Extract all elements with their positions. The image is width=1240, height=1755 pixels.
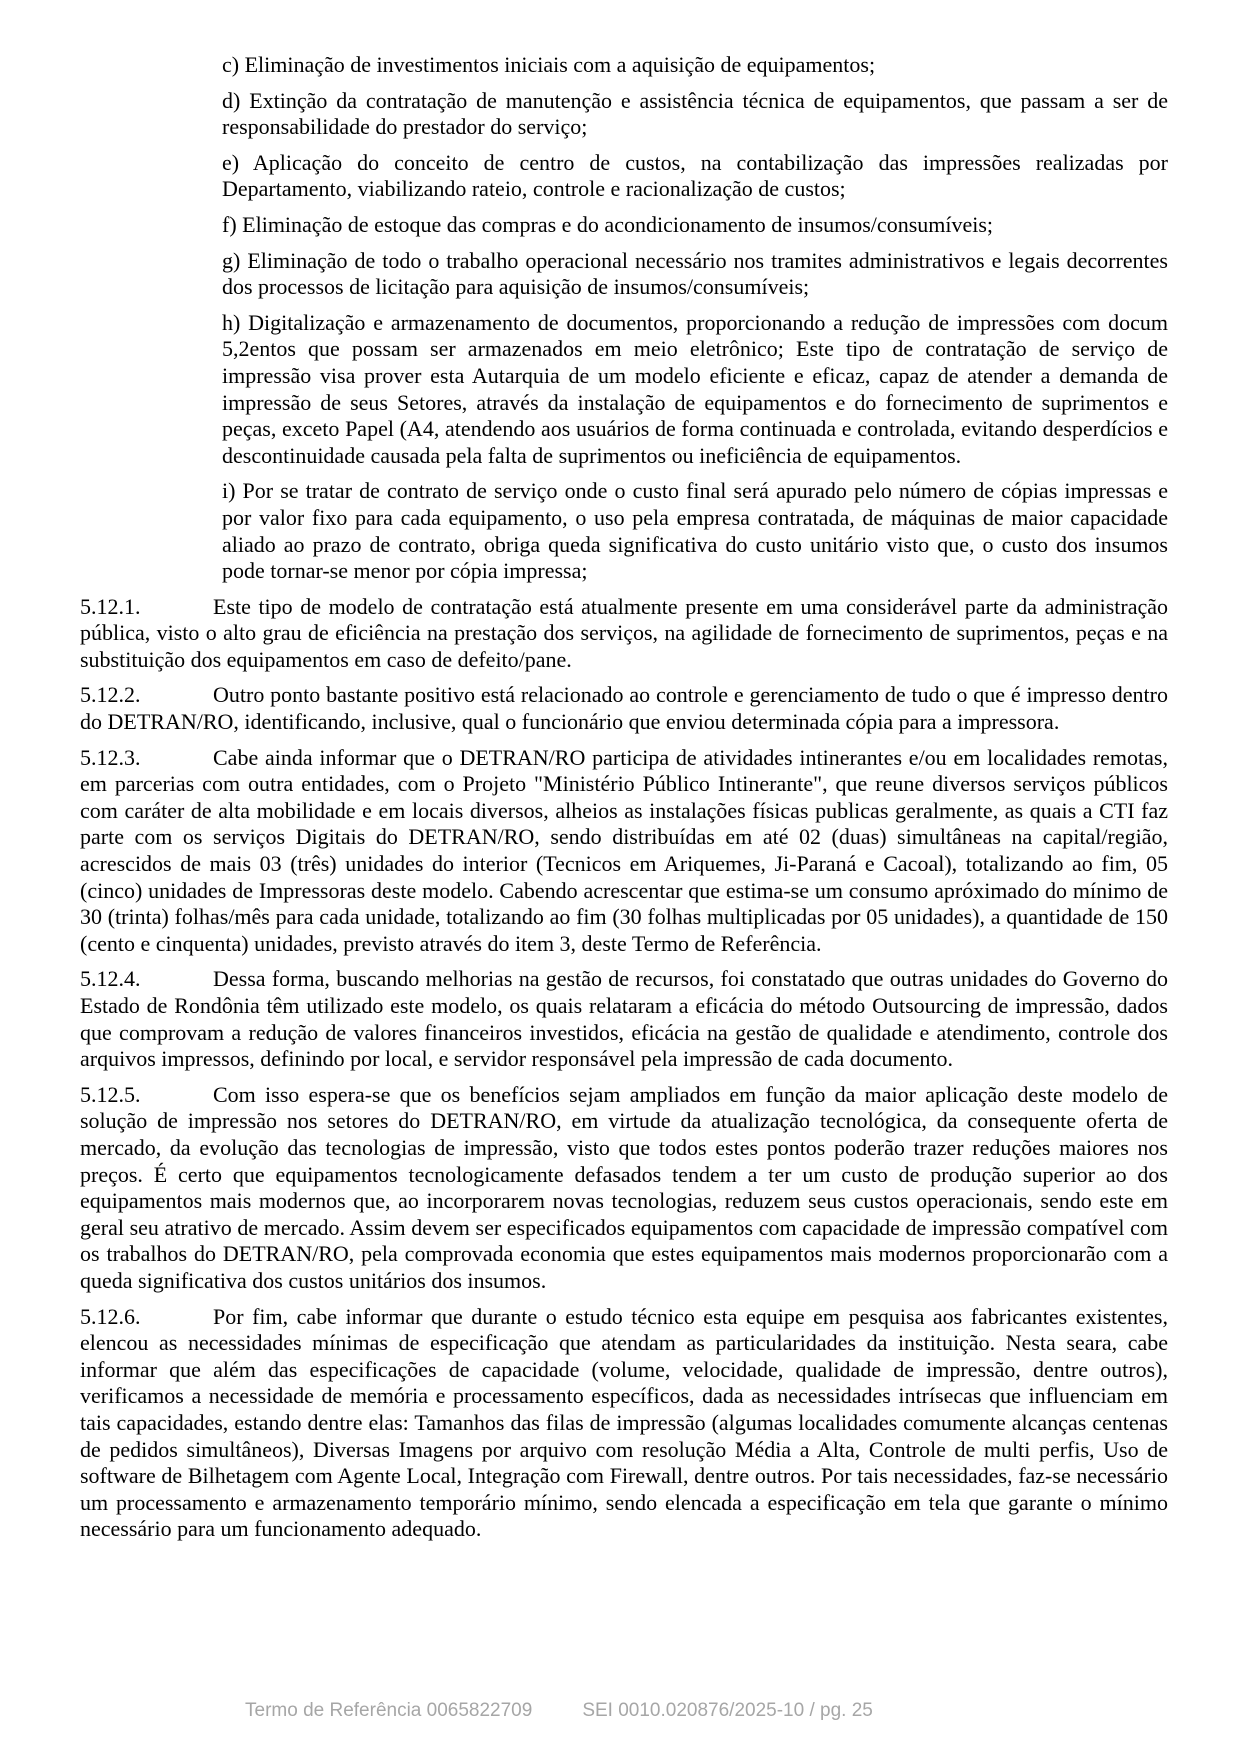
page-footer: Termo de Referência 0065822709 SEI 0010.… [0, 1700, 1240, 1722]
item-text: Por se tratar de contrato de serviço ond… [222, 478, 1168, 583]
item-label: d) [222, 88, 240, 113]
paragraph-5-12-1: 5.12.1.Este tipo de modelo de contrataçã… [80, 594, 1168, 674]
footer-document-reference: Termo de Referência 0065822709 [245, 1700, 532, 1722]
paragraph-number: 5.12.4. [80, 966, 213, 993]
page-footer-row: Termo de Referência 0065822709 SEI 0010.… [0, 1700, 1240, 1722]
paragraph-text: Outro ponto bastante positivo está relac… [80, 682, 1168, 734]
paragraph-5-12-4: 5.12.4.Dessa forma, buscando melhorias n… [80, 966, 1168, 1072]
lettered-item-f: f) Eliminação de estoque das compras e d… [222, 212, 1168, 239]
paragraph-number: 5.12.2. [80, 682, 213, 709]
paragraph-text: Este tipo de modelo de contratação está … [80, 594, 1168, 672]
paragraph-number: 5.12.3. [80, 745, 213, 772]
lettered-item-i: i) Por se tratar de contrato de serviço … [222, 478, 1168, 584]
item-label: h) [222, 310, 240, 335]
paragraph-number: 5.12.5. [80, 1082, 213, 1109]
item-text: Aplicação do conceito de centro de custo… [222, 150, 1168, 202]
paragraph-text: Cabe ainda informar que o DETRAN/RO part… [80, 745, 1168, 956]
item-text: Extinção da contratação de manutenção e … [222, 88, 1168, 140]
paragraph-number: 5.12.1. [80, 594, 213, 621]
item-label: c) [222, 52, 239, 77]
lettered-item-e: e) Aplicação do conceito de centro de cu… [222, 150, 1168, 203]
item-text: Digitalização e armazenamento de documen… [222, 310, 1168, 468]
document-body: c) Eliminação de investimentos iniciais … [80, 52, 1168, 1552]
lettered-item-c: c) Eliminação de investimentos iniciais … [222, 52, 1168, 79]
item-label: f) [222, 212, 237, 237]
item-text: Eliminação de estoque das compras e do a… [242, 212, 993, 237]
paragraph-5-12-2: 5.12.2.Outro ponto bastante positivo est… [80, 682, 1168, 735]
item-label: g) [222, 248, 240, 273]
lettered-item-h: h) Digitalização e armazenamento de docu… [222, 310, 1168, 470]
footer-sei-page-reference: SEI 0010.020876/2025-10 / pg. 25 [582, 1700, 873, 1722]
paragraph-text: Dessa forma, buscando melhorias na gestã… [80, 966, 1168, 1071]
item-label: i) [222, 478, 235, 503]
item-text: Eliminação de investimentos iniciais com… [245, 52, 876, 77]
paragraph-5-12-6: 5.12.6.Por fim, cabe informar que durant… [80, 1304, 1168, 1543]
item-text: Eliminação de todo o trabalho operaciona… [222, 248, 1168, 300]
paragraph-number: 5.12.6. [80, 1304, 213, 1331]
paragraph-5-12-3: 5.12.3.Cabe ainda informar que o DETRAN/… [80, 745, 1168, 958]
lettered-item-d: d) Extinção da contratação de manutenção… [222, 88, 1168, 141]
paragraph-5-12-5: 5.12.5.Com isso espera-se que os benefíc… [80, 1082, 1168, 1295]
lettered-item-g: g) Eliminação de todo o trabalho operaci… [222, 248, 1168, 301]
paragraph-text: Com isso espera-se que os benefícios sej… [80, 1082, 1168, 1293]
document-page: c) Eliminação de investimentos iniciais … [0, 0, 1240, 1755]
item-label: e) [222, 150, 239, 175]
paragraph-text: Por fim, cabe informar que durante o est… [80, 1304, 1168, 1542]
